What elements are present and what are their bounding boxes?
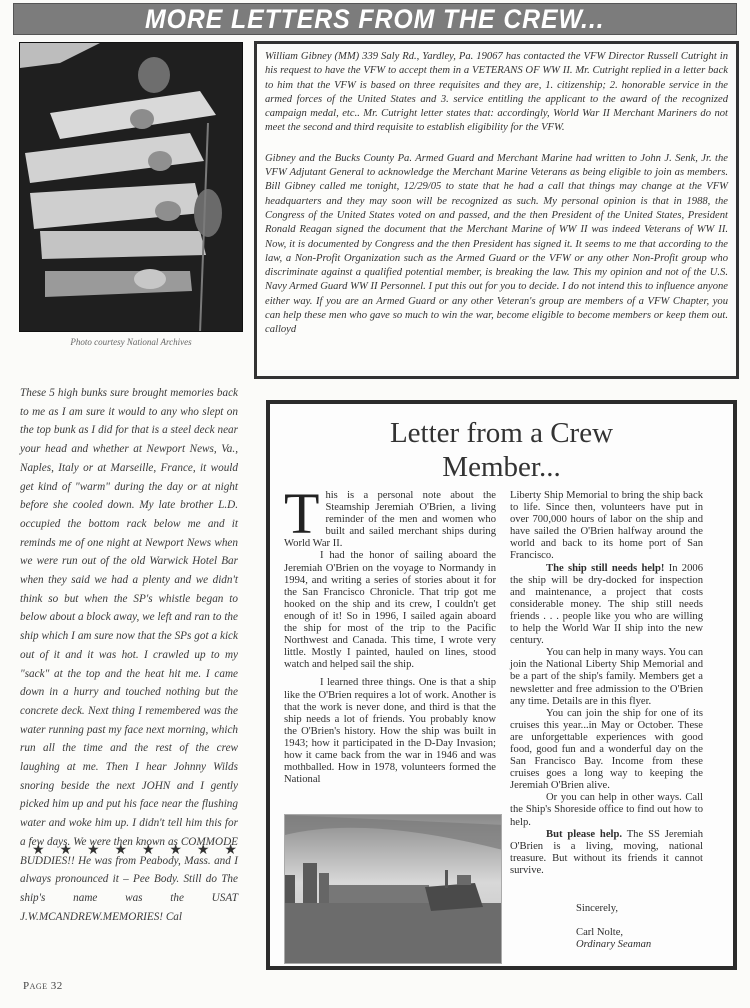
letter-paragraph: I had the honor of sailing aboard the Je…	[284, 550, 496, 671]
bunks-photo	[19, 42, 243, 332]
letter-paragraph: You can join the ship for one of its cru…	[510, 708, 703, 793]
star-icon: ★	[87, 842, 100, 858]
signature-title: Ordinary Seaman	[576, 939, 703, 951]
letter-paragraph: Or you can help in other ways. Call the …	[510, 792, 703, 828]
closing: Sincerely,	[576, 903, 703, 915]
star-icon: ★	[142, 842, 155, 858]
star-icon: ★	[59, 842, 72, 858]
letter-signoff: Sincerely, Carl Nolte, Ordinary Seaman	[576, 903, 703, 951]
signature-name: Carl Nolte,	[576, 927, 703, 939]
vfw-notice-box: William Gibney (MM) 339 Saly Rd., Yardle…	[254, 41, 739, 379]
vfw-paragraph: William Gibney (MM) 339 Saly Rd., Yardle…	[265, 50, 728, 136]
letter-paragraph: The ship still needs help! In 2006 the s…	[510, 563, 703, 648]
letter-paragraph: But please help. The SS Jeremiah O'Brien…	[510, 829, 703, 877]
ship-photo-image	[285, 815, 502, 964]
page-number: Page 32	[23, 980, 63, 992]
star-icon: ★	[114, 842, 127, 858]
star-icon: ★	[32, 842, 45, 858]
emphasis-text: The ship still needs help!	[546, 563, 664, 574]
letter-paragraph: Liberty Ship Memorial to bring the ship …	[510, 490, 703, 563]
letter-paragraph: You can help in many ways. You can join …	[510, 647, 703, 707]
page-title: MORE LETTERS FROM THE CREW...	[145, 4, 605, 35]
vfw-paragraph: Gibney and the Bucks County Pa. Armed Gu…	[265, 152, 728, 338]
crew-letter-column-left: This is a personal note about the Steams…	[284, 490, 496, 786]
star-divider: ★ ★ ★ ★ ★ ★ ★ ★	[32, 842, 237, 858]
page-banner: MORE LETTERS FROM THE CREW...	[13, 3, 737, 35]
photo-caption: Photo courtesy National Archives	[19, 337, 243, 347]
crew-letter-title: Letter from a Crew Member...	[270, 416, 733, 484]
star-icon: ★	[197, 842, 210, 858]
ship-photo	[284, 814, 502, 964]
crew-letter-box: Letter from a Crew Member... This is a p…	[266, 400, 737, 970]
star-icon: ★	[224, 842, 237, 858]
drop-cap: T	[284, 491, 319, 537]
letter-paragraph: I learned three things. One is that a sh…	[284, 677, 496, 786]
emphasis-text: But please help.	[546, 829, 622, 840]
star-icon: ★	[169, 842, 182, 858]
bunks-photo-image	[20, 43, 243, 332]
crew-letter-column-right: Liberty Ship Memorial to bring the ship …	[510, 490, 703, 951]
